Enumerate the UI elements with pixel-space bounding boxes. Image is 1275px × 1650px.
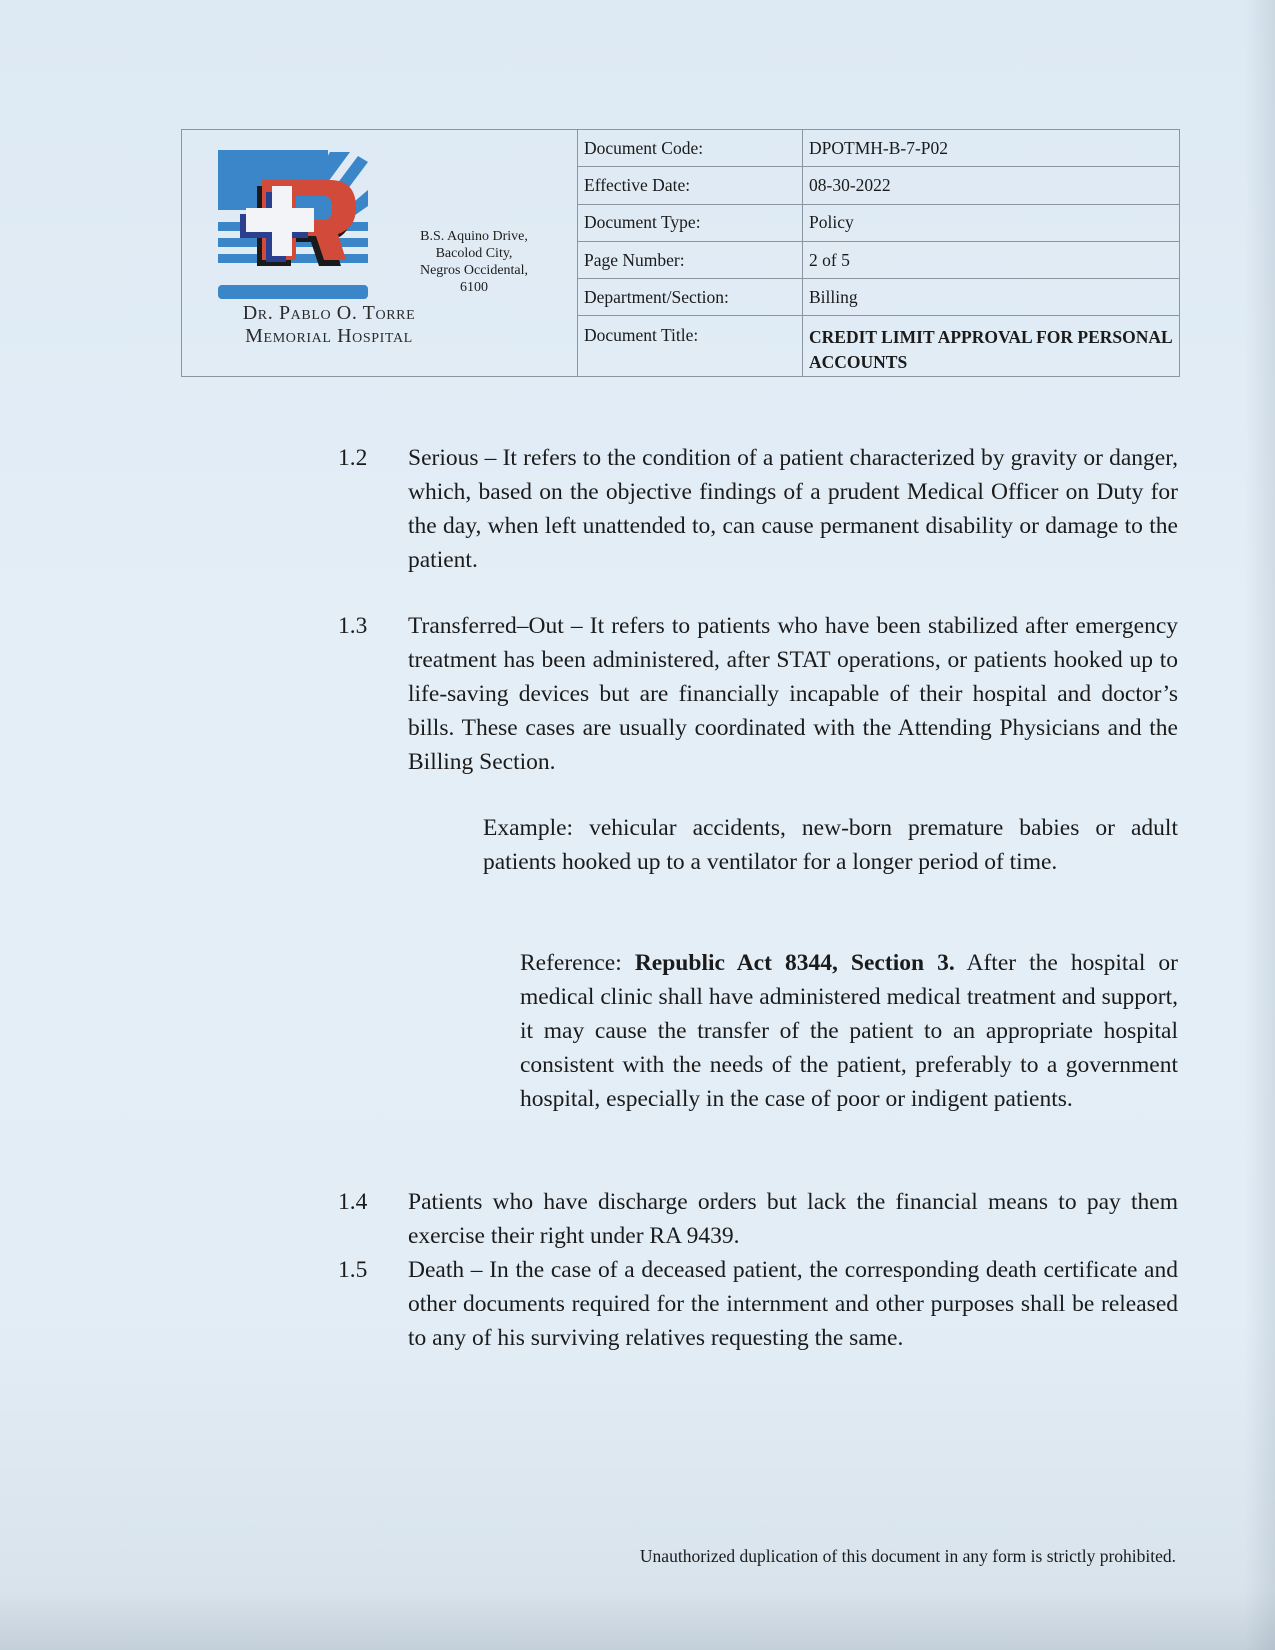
address-line: Bacolod City, <box>410 245 538 262</box>
hospital-name-line2: Memorial Hospital <box>190 325 468 348</box>
address-line: 6100 <box>410 279 538 296</box>
footer-notice: Unauthorized duplication of this documen… <box>535 1546 1176 1567</box>
item-text: Serious – It refers to the condition of … <box>408 441 1178 577</box>
page-number-value: 2 of 5 <box>803 241 1180 278</box>
hospital-cross-r-logo-icon <box>218 150 378 305</box>
reference-paragraph: Reference: Republic Act 8344, Section 3.… <box>520 946 1178 1116</box>
meta-label: Document Type: <box>578 204 803 241</box>
document-code-value: DPOTMH-B-7-P02 <box>803 130 1180 167</box>
reference-prefix: Reference: <box>520 950 635 976</box>
meta-label: Document Title: <box>578 316 803 376</box>
meta-label: Page Number: <box>578 241 803 278</box>
item-text: Patients who have discharge orders but l… <box>408 1185 1178 1253</box>
hospital-name-line1: Dr. Pablo O. Torre <box>190 302 468 325</box>
section-item-1-2: 1.2 Serious – It refers to the condition… <box>338 441 1178 577</box>
item-text: Transferred–Out – It refers to patients … <box>408 609 1178 779</box>
page-edge-shadow <box>1245 0 1275 1650</box>
document-title-value: CREDIT LIMIT APPROVAL FOR PERSONAL ACCOU… <box>803 316 1180 376</box>
effective-date-value: 08-30-2022 <box>803 167 1180 204</box>
meta-row-code: Document Code: DPOTMH-B-7-P02 <box>578 130 1179 167</box>
item-text: Death – In the case of a deceased patien… <box>408 1253 1178 1355</box>
document-meta-table: Document Code: DPOTMH-B-7-P02 Effective … <box>578 130 1179 376</box>
section-item-1-3: 1.3 Transferred–Out – It refers to patie… <box>338 609 1178 779</box>
section-item-1-4: 1.4 Patients who have discharge orders b… <box>338 1185 1178 1253</box>
department-value: Billing <box>803 279 1180 316</box>
item-number: 1.5 <box>338 1253 408 1355</box>
item-number: 1.4 <box>338 1185 408 1253</box>
item-number: 1.3 <box>338 609 408 779</box>
meta-label: Document Code: <box>578 130 803 167</box>
meta-label: Department/Section: <box>578 279 803 316</box>
example-paragraph: Example: vehicular accidents, new-born p… <box>483 811 1178 879</box>
reference-citation: Republic Act 8344, Section 3. <box>635 950 955 976</box>
address-line: Negros Occidental, <box>410 262 538 279</box>
hospital-name: Dr. Pablo O. Torre Memorial Hospital <box>190 302 468 348</box>
document-type-value: Policy <box>803 204 1180 241</box>
meta-row-department: Department/Section: Billing <box>578 279 1179 316</box>
meta-row-type: Document Type: Policy <box>578 204 1179 241</box>
meta-row-effective-date: Effective Date: 08-30-2022 <box>578 167 1179 204</box>
address-line: B.S. Aquino Drive, <box>410 228 538 245</box>
page-bottom-shadow <box>0 1590 1275 1650</box>
document-header: Dr. Pablo O. Torre Memorial Hospital B.S… <box>181 129 1180 377</box>
hospital-address: B.S. Aquino Drive, Bacolod City, Negros … <box>410 228 538 296</box>
meta-label: Effective Date: <box>578 167 803 204</box>
hospital-brand-block: Dr. Pablo O. Torre Memorial Hospital B.S… <box>182 130 578 376</box>
item-number: 1.2 <box>338 441 408 577</box>
meta-row-page: Page Number: 2 of 5 <box>578 241 1179 278</box>
meta-row-title: Document Title: CREDIT LIMIT APPROVAL FO… <box>578 316 1179 376</box>
section-item-1-5: 1.5 Death – In the case of a deceased pa… <box>338 1253 1178 1355</box>
